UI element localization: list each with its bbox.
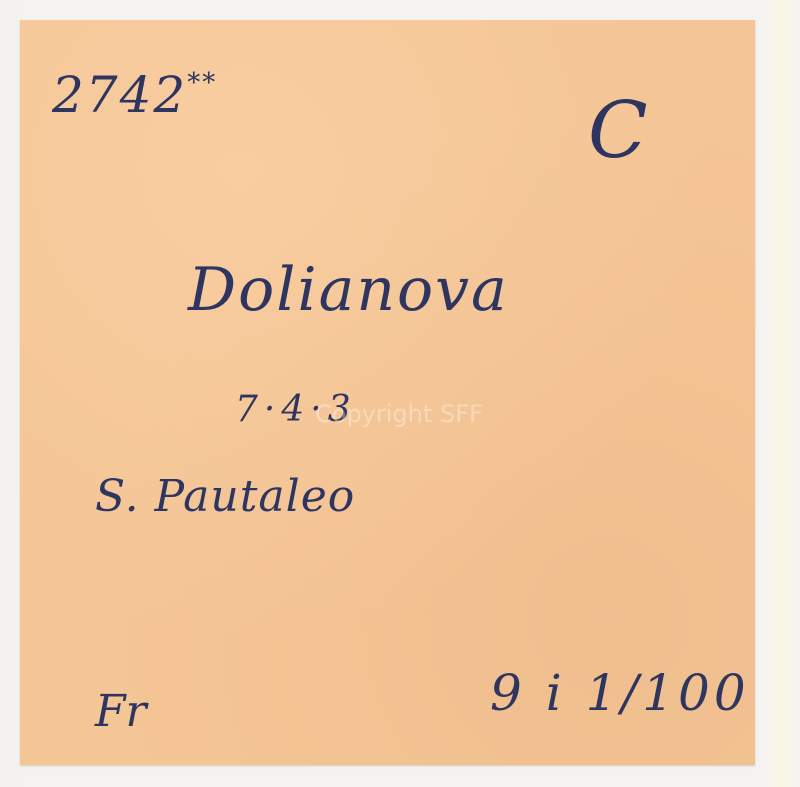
specimen-envelope: 2742** C Dolianova 7·4·3 S. Pautaleo Fr …: [20, 20, 755, 765]
collector-initials: Fr: [95, 690, 147, 734]
locality: Dolianova: [188, 260, 509, 320]
weight: 9 i 1/100: [490, 668, 750, 718]
backing-paper-strip: [765, 0, 800, 787]
specimen-number: 2742**: [52, 70, 217, 120]
star-marks: **: [187, 68, 217, 98]
background-left: [0, 0, 18, 787]
watermark: Copyright SFF: [315, 400, 483, 428]
site-name: S. Pautaleo: [95, 475, 355, 519]
grade-letter: C: [588, 92, 648, 170]
specimen-number-text: 2742: [52, 66, 187, 124]
